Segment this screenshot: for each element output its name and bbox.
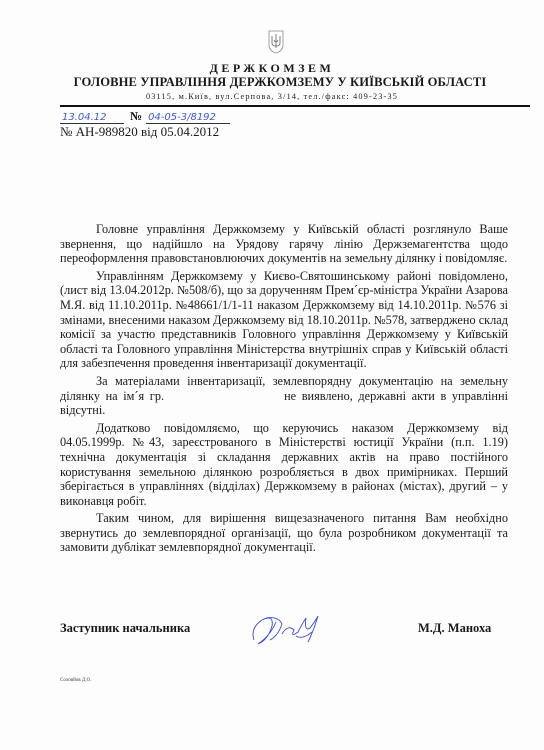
paragraph: Управлінням Держкомзему у Києво-Святошин…: [60, 269, 508, 371]
letter-page: ДЕРЖКОМЗЕМ ГОЛОВНЕ УПРАВЛІННЯ ДЕРЖКОМЗЕМ…: [0, 0, 544, 750]
letter-body: Головне управління Держкомзему у Київськ…: [60, 222, 508, 558]
signatory-name: М.Д. Маноха: [418, 621, 491, 636]
paragraph: За матеріалами інвентаризації, землевпор…: [60, 374, 508, 418]
registration-date-handwritten: 13.04.12: [60, 112, 124, 124]
organization-address: 03115, м.Київ, вул.Серпова, 3/14, тел./ф…: [0, 92, 544, 101]
paragraph: Таким чином, для вирішення вищезазначено…: [60, 511, 508, 555]
registration-number-label: №: [130, 109, 142, 124]
executor-name: Соловйов Д.О.: [60, 678, 91, 683]
registration-line: 13.04.12 № 04-05-3/8192: [60, 108, 230, 124]
organization-full-name: ГОЛОВНЕ УПРАВЛІННЯ ДЕРЖКОМЗЕМУ У КИЇВСЬК…: [50, 75, 510, 90]
header-divider: [60, 105, 530, 107]
signatory-title: Заступник начальника: [60, 621, 190, 636]
paragraph: Головне управління Держкомзему у Київськ…: [60, 222, 508, 266]
registration-number-handwritten: 04-05-3/8192: [146, 112, 230, 124]
paragraph: Додатково повідомляємо, що керуючись нак…: [60, 421, 508, 509]
reference-number: № АН-989820 від 05.04.2012: [60, 124, 219, 140]
handwritten-signature-icon: [248, 610, 328, 648]
trident-coat-of-arms-icon: [268, 30, 284, 54]
organization-short-name: ДЕРЖКОМЗЕМ: [0, 61, 544, 76]
